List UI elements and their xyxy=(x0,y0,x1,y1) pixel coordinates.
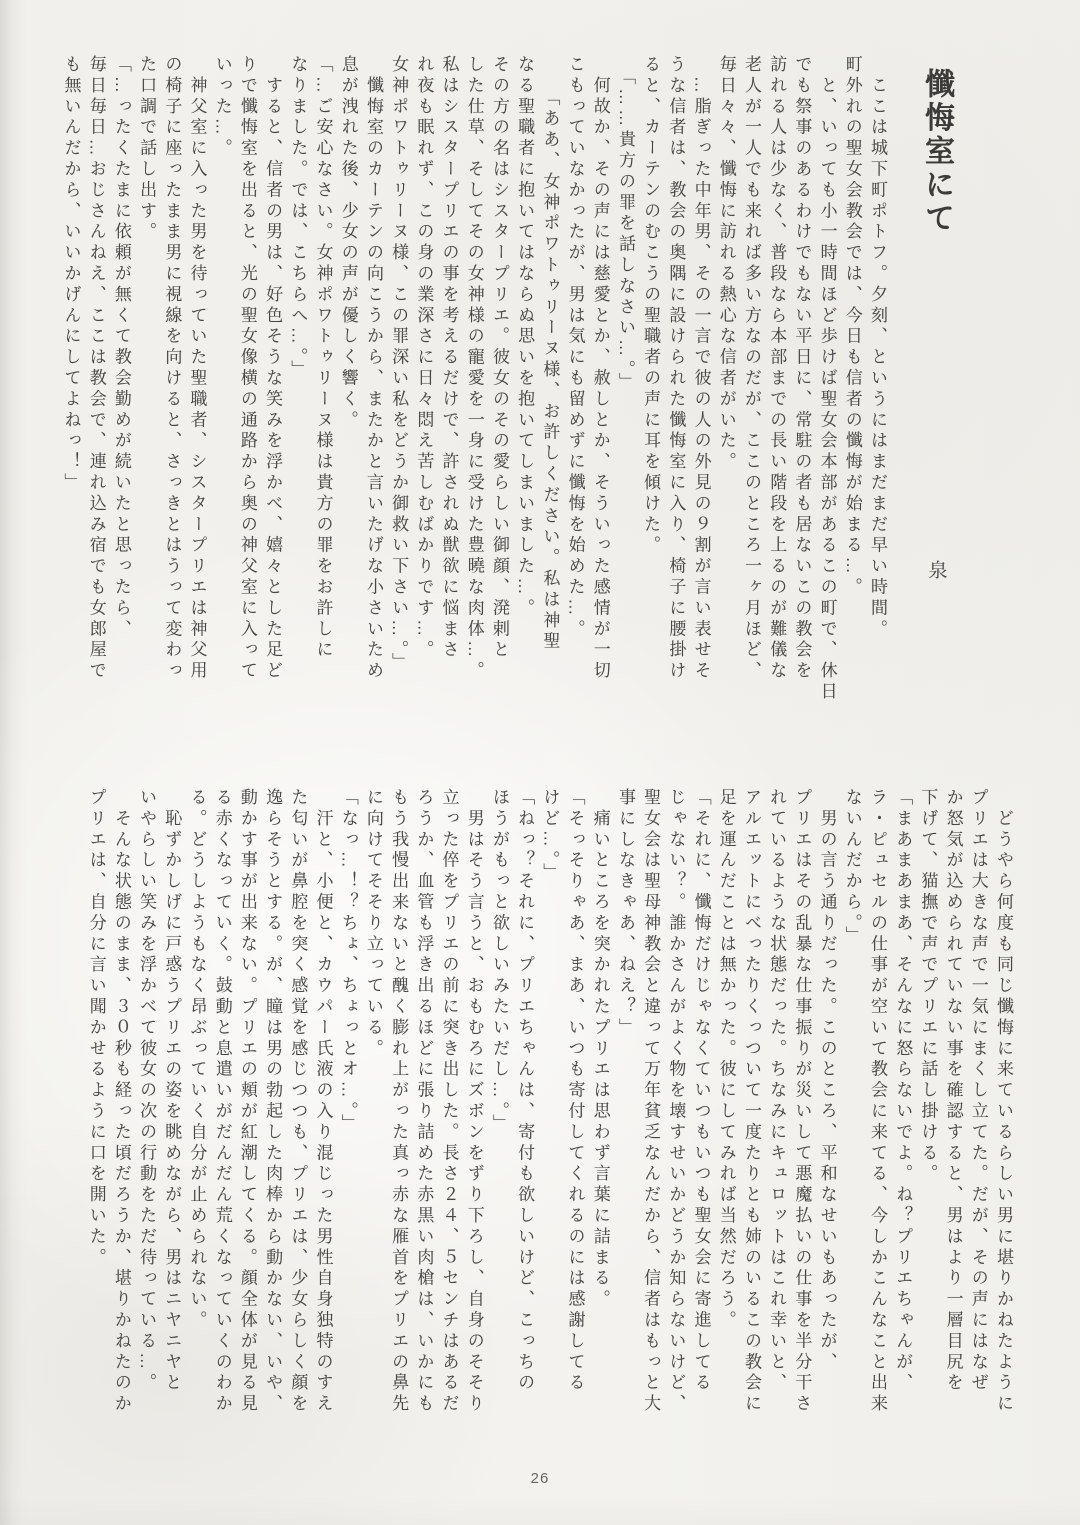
text-line: と、いっても小一時間ほど歩けば聖女会本部があるこの町で、休日 xyxy=(814,55,839,731)
text-line: 事にしなきゃあ、ねえ？」 xyxy=(613,788,638,1464)
text-line: 訪れる人は少なく、普段なら本部までの長い階段を上るのが難儀な xyxy=(764,55,789,731)
text-line: 立った倅をプリエの前に突き出した。長さ２４、５センチはあるだ xyxy=(436,788,461,1464)
text-line: 何故か、その声には慈愛とか、赦しとか、そういった感情が一切 xyxy=(588,55,613,731)
story-text-top-block: ここは城下町ポトフ。夕刻、というにはまだまだ早い時間。町外れの聖女会教会では、今… xyxy=(58,55,890,731)
page-number: 26 xyxy=(0,1470,1080,1487)
text-line: 「…ご安心なさい。女神ポワトゥリーヌ様は貴方の罪をお許しに xyxy=(310,55,335,731)
text-line: 「そっそりゃあ、まあ、いつも寄付してくれるのには感謝してる xyxy=(562,788,587,1464)
text-line: 聖女会は聖母神教会と違って万年貧乏なんだから、信者はもっと大 xyxy=(638,788,663,1464)
text-line: た口調で話し出す。 xyxy=(134,55,159,731)
text-line: 「それに、懺悔だけじゃなくていつもいつも聖女会に寄進してる xyxy=(688,788,713,1464)
text-line: すると、信者の男は、好色そうな笑みを浮かべ、嬉々とした足ど xyxy=(260,55,285,731)
text-line: た匂いが鼻腔を突く感覚を感じつつも、プリエは、少女らしく顔を xyxy=(285,788,310,1464)
text-line: も無いんだから、いいかげんにしてよねっ！」 xyxy=(58,55,83,731)
text-line: 痛いところを突かれたプリエは思わず言葉に詰まる。 xyxy=(588,788,613,1464)
text-line: でも祭事のあるわけでもない平日に、常駐の者も居ないこの教会を xyxy=(789,55,814,731)
text-line: 「まあまあまあ、そんなに怒らないでよ。ね？プリエちゃんが、 xyxy=(890,788,915,1464)
text-line: 下げて、猫撫で声でプリエに話し掛ける。 xyxy=(915,788,940,1464)
text-line: か怒気が込められていない事を確認すると、男はより一層目尻を xyxy=(940,788,965,1464)
text-line: いった…。 xyxy=(210,55,235,731)
text-line: 男の言う通りだった。このところ、平和なせいもあったが、 xyxy=(814,788,839,1464)
text-line: した仕草、そしてその女神様の寵愛を一身に受けた豊曉な肉体…。 xyxy=(462,55,487,731)
text-line: 毎日毎日…おじさんねえ、ここは教会で、連れ込み宿でも女郎屋で xyxy=(84,55,109,731)
text-line: 逸らそうとする。が、瞳は男の勃起した肉棒から動かない、いや、 xyxy=(260,788,285,1464)
text-line: 「……貴方の罪を話しなさい…。」 xyxy=(613,55,638,731)
text-line: その方の名はシスタープリエ。彼女のその愛らしい御顔、溌剌と xyxy=(487,55,512,731)
text-line: うな信者は、教会の奥隅に設けられた懺悔室に入り、椅子に腰掛け xyxy=(663,55,688,731)
text-line: ないんだから。」 xyxy=(840,788,865,1464)
story-text-bottom-block: どうやら何度も同じ懺悔に来ているらしい男に堪りかねたようにプリエは大きな声で一気… xyxy=(83,788,1016,1464)
text-line: プリエはその乱暴な仕事振りが災いして悪魔払いの仕事を半分干さ xyxy=(789,788,814,1464)
text-line: ラ・ピュセルの仕事が空いて教会に来てる、今しかこんなこと出来 xyxy=(865,788,890,1464)
text-line: 男はそう言うと、おもむろにズボンをずり下ろし、自身のそそり xyxy=(462,788,487,1464)
page-title: 懺悔室にて xyxy=(914,68,958,738)
text-line: れ夜も眠れず、この身の業深さに日々悶え苦しむばかりです…。 xyxy=(411,55,436,731)
text-line: ここは城下町ポトフ。夕刻、というにはまだまだ早い時間。 xyxy=(865,55,890,731)
text-line: アルエットにべったりくっついて一度たりとも姉のいるこの教会に xyxy=(739,788,764,1464)
text-line: 「…ったくたまに依頼が無くて教会勤めが続いたと思ったら、 xyxy=(109,55,134,731)
text-line: る。どうしようもなく昂ぶっていく自分が止められない。 xyxy=(184,788,209,1464)
text-line: ると、カーテンのむこうの聖職者の声に耳を傾けた。 xyxy=(638,55,663,731)
text-line: 汗と、小便と、カウパー氏液の入り混じった男性自身独特のすえ xyxy=(310,788,335,1464)
text-line: じゃない？。誰かさんがよく物を壊すせいかどうか知らないけど、 xyxy=(663,788,688,1464)
text-line: けど…。」 xyxy=(537,788,562,1464)
text-line: 女神ポワトゥリーヌ様、この罪深い私をどうか御救い下さい…。」 xyxy=(386,55,411,731)
text-line: 息が洩れた後、少女の声が優しく響く。 xyxy=(336,55,361,731)
text-line: れているような状態だった。ちなみにキュロットはこれ幸いと、 xyxy=(764,788,789,1464)
text-line: の椅子に座ったまま男に視線を向けると、さっきとはうって変わっ xyxy=(159,55,184,731)
text-line: プリエは、自分に言い聞かせるように口を開いた。 xyxy=(83,788,108,1464)
text-line: る赤くなっていく。鼓動と息遣いがだんだん荒くなっていくのわか xyxy=(210,788,235,1464)
text-line: プリエは大きな声で一気にまくし立てた。だが、その声にはなぜ xyxy=(966,788,991,1464)
text-line: 「なっ…！？ちょ、ちょっとオ…。」 xyxy=(336,788,361,1464)
author-name: 泉 xyxy=(923,560,950,581)
title-column: 懺悔室にて 泉 xyxy=(914,68,958,738)
text-line: 「ねっ？それに、プリエちゃんは、寄付も欲しいけど、こっちの xyxy=(512,788,537,1464)
text-line: りで懺悔室を出ると、光の聖女像横の通路から奥の神父室に入って xyxy=(235,55,260,731)
text-line: に向けてそそり立っている。 xyxy=(361,788,386,1464)
text-line: 老人が一人でも来れば多い方なのだが、ここのところ一ヶ月ほど、 xyxy=(739,55,764,731)
text-line: …脂ぎった中年男、その一言で彼の人の外見の９割が言い表せそ xyxy=(688,55,713,731)
text-line: ほうがもっと欲しいみたいだし…。」 xyxy=(487,788,512,1464)
text-line: 足を運んだことは無かった。彼にしてみれば当然だろう。 xyxy=(714,788,739,1464)
text-line: 「ああ、女神ポワトゥリーヌ様、お許しください。私は神聖 xyxy=(537,55,562,731)
text-line: 動かす事が出来ない。プリエの頬が紅潮してくる。顔全体が見る見 xyxy=(235,788,260,1464)
text-line: もう我慢出来ないと醜く膨れ上がった真っ赤な雁首をプリエの鼻先 xyxy=(386,788,411,1464)
text-line: 毎日々々、懺悔に訪れる熱心な信者がいた。 xyxy=(714,55,739,731)
text-line: いやらしい笑みを浮かべて彼女の次の行動をただ待っている…。 xyxy=(134,788,159,1464)
text-line: 恥ずかしげに戸惑うプリエの姿を眺めながら、男はニヤニヤと xyxy=(159,788,184,1464)
text-line: 町外れの聖女会教会では、今日も信者の懺悔が始まる…。 xyxy=(840,55,865,731)
text-line: どうやら何度も同じ懺悔に来ているらしい男に堪りかねたように xyxy=(991,788,1016,1464)
text-line: 神父室に入った男を待っていた聖職者、シスタープリエは神父用 xyxy=(184,55,209,731)
text-line: こもっていなかったが、男は気にも留めずに懺悔を始めた…。 xyxy=(562,55,587,731)
text-line: 懺悔室のカーテンの向こうから、またかと言いたげな小さいため xyxy=(361,55,386,731)
text-line: なる聖職者に抱いてはならぬ思いを抱いてしまいました…。 xyxy=(512,55,537,731)
text-line: 私はシスタープリエの事を考えるだけで、許されぬ獣欲に悩まさ xyxy=(436,55,461,731)
text-line: そんな状態のまま、３０秒も経った頃だろうか、堪りかねたのか xyxy=(109,788,134,1464)
text-line: なりました。では、こちらへ…。」 xyxy=(285,55,310,731)
text-line: ろうか、血管も浮き出るほどに張り詰めた赤黒い肉槍は、いかにも xyxy=(411,788,436,1464)
scanned-novel-page: 懺悔室にて 泉 ここは城下町ポトフ。夕刻、というにはまだまだ早い時間。町外れの聖… xyxy=(0,0,1080,1525)
